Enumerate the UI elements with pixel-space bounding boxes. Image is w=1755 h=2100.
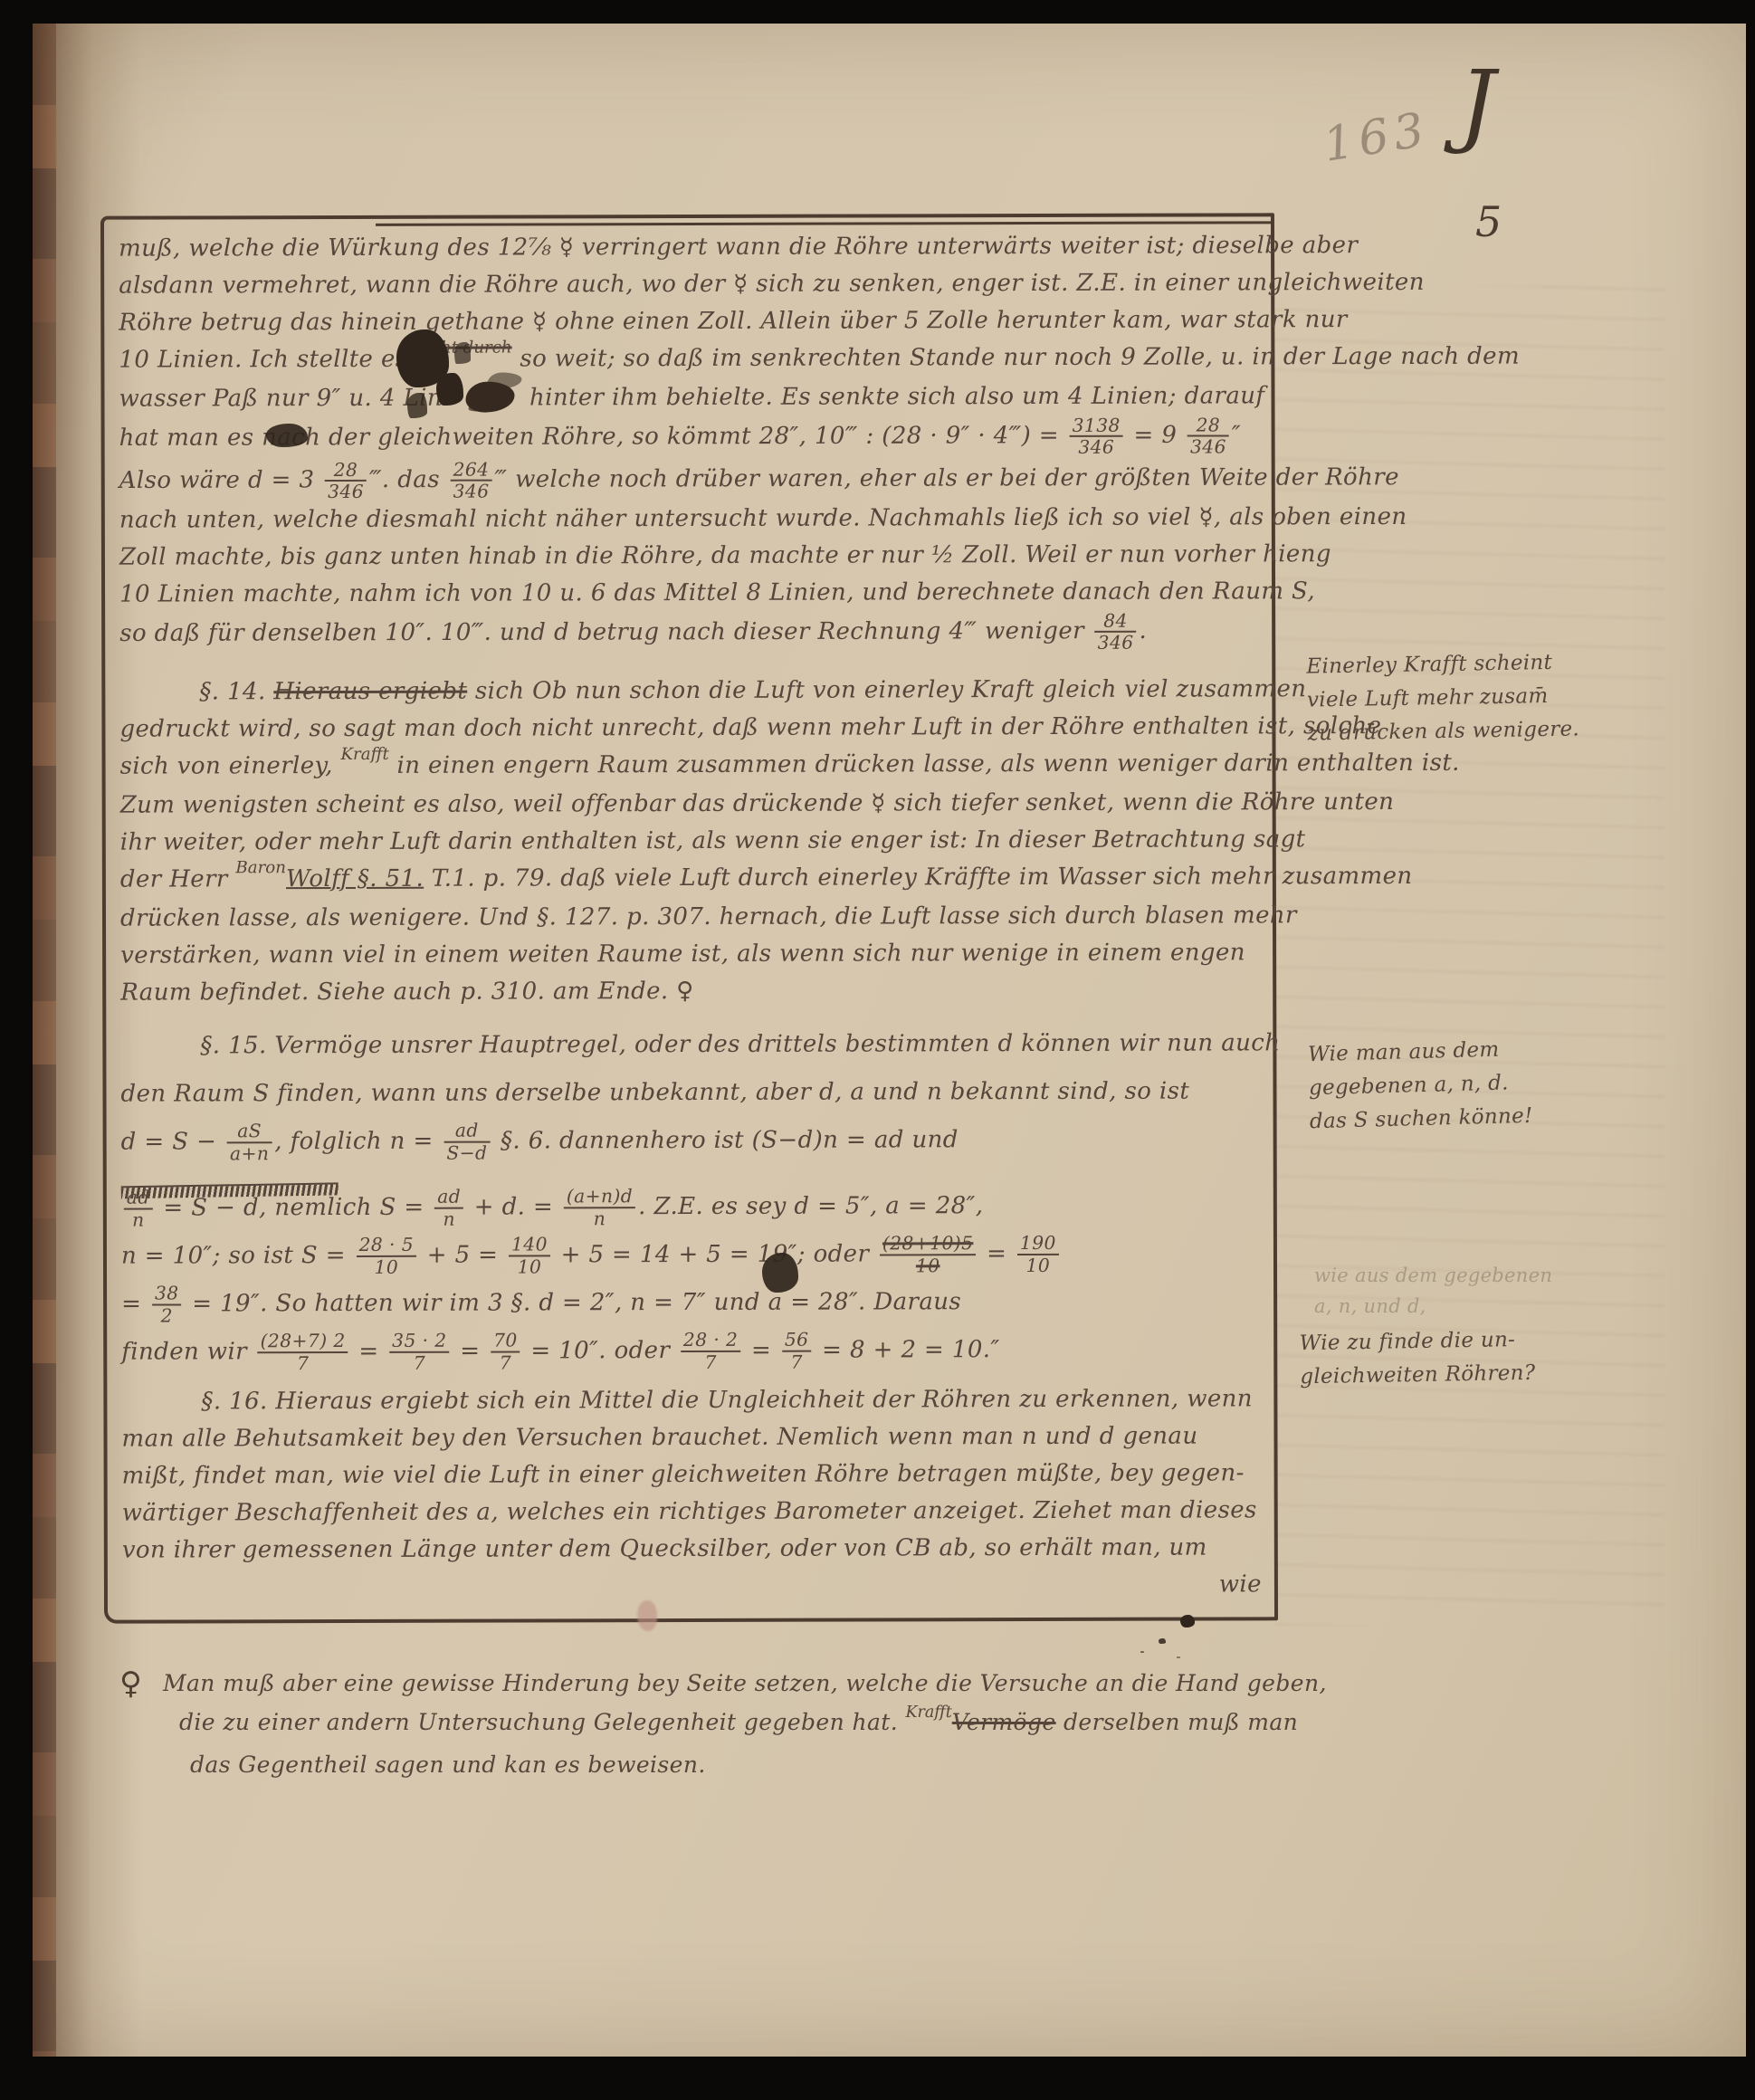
wax-smudge <box>637 1600 657 1631</box>
footnote-marker-icon: ♀ <box>119 1666 142 1702</box>
page-edge-strip <box>33 24 56 2057</box>
footnote: ♀ Man muß aber eine gewisse Hinderung be… <box>119 1664 1314 1784</box>
ink-blot <box>266 424 308 447</box>
paper-page: 163 J 5 muß, welche die Würkung des 12⅞ … <box>33 24 1746 2057</box>
margin-note-find-s: Wie man aus demgegebenen a, n, d.das S s… <box>1308 1033 1533 1139</box>
margin-note-unequal-tubes: Wie zu finde die un-gleichweiten Röhren? <box>1299 1323 1535 1395</box>
paragraph-section-15: §. 15. Vermöge unsrer Hauptregel, oder d… <box>120 1019 1261 1376</box>
ink-blot <box>1180 1615 1195 1627</box>
ink-blot <box>396 329 449 387</box>
margin-note-compression: Einerley Krafft scheintviele Luft mehr z… <box>1306 645 1579 750</box>
folio-number-pencil: 163 <box>1320 102 1433 173</box>
paragraph-section-14: §. 14. Hieraus ergiebt sich Ob nun schon… <box>119 671 1260 1011</box>
ink-letter-mark: J <box>1459 51 1495 157</box>
margin-note-pencil-draft: wie aus dem gegebenena, n, und d, <box>1314 1260 1552 1322</box>
ink-page-number: 5 <box>1475 197 1502 246</box>
manuscript-scan: 163 J 5 muß, welche die Würkung des 12⅞ … <box>0 0 1755 2100</box>
ink-blot <box>762 1253 798 1293</box>
footnote-text: Man muß aber eine gewisse Hinderung bey … <box>163 1664 1314 1784</box>
paragraph-section-16: §. 16. Hieraus ergiebt sich ein Mittel d… <box>121 1380 1262 1606</box>
